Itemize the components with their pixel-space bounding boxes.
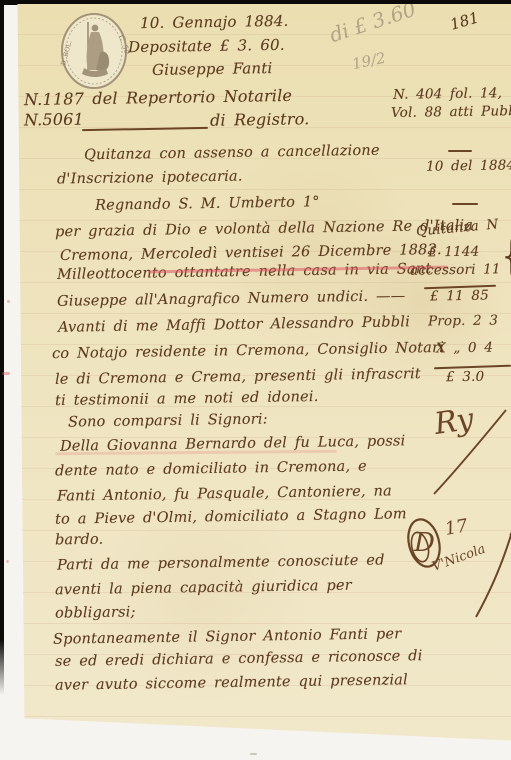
- margin-accessori: accessori 11: [410, 261, 501, 278]
- manuscript-line: Giuseppe all'Anagrafico Numero undici. —…: [57, 288, 406, 309]
- manuscript-line: Fanti Antonio, fu Pasquale, Cantoniere, …: [57, 483, 392, 504]
- pink-speck: [6, 560, 9, 563]
- deposit-date: 10. Gennajo 1884.: [140, 12, 289, 32]
- manuscript-line: d'Inscrizione ipotecaria.: [57, 169, 243, 188]
- pencil-fraction-note: 19/2: [350, 49, 387, 74]
- repertorio-line: N.1187 del Repertorio Notarile: [24, 86, 292, 109]
- manuscript-line: bardo.: [55, 532, 104, 549]
- notary-paraph-icon: Ry: [418, 402, 511, 497]
- svg-text:D: D: [413, 528, 435, 558]
- manuscript-line: se ed eredi dichiara e confessa e ricono…: [55, 648, 423, 670]
- manuscript-line: obbligarsi;: [55, 604, 136, 621]
- manuscript-line: co Notajo residente in Cremona, Consigli…: [52, 340, 444, 362]
- svg-text:17: 17: [443, 515, 470, 540]
- dash-mark: [452, 203, 478, 205]
- manuscript-line: per grazia di Dio e volontà della Nazion…: [55, 218, 473, 241]
- registro-number: N.5061: [24, 110, 84, 130]
- registro-label: di Registro.: [210, 109, 310, 130]
- filing-note-line2: Vol. 88 atti Pubbl.: [391, 103, 511, 121]
- scan-edge-left: [0, 0, 4, 695]
- manuscript-line: Avanti di me Maffi Dottor Alessandro Pub…: [58, 314, 410, 336]
- margin-subtotal: £ 11 85: [430, 288, 489, 305]
- registrar-visto-icon: D 17 V'Nicola: [400, 505, 511, 620]
- margin-total: £ 3.0: [446, 369, 485, 386]
- manuscript-line: Sono comparsi li Signori:: [68, 411, 268, 430]
- manuscript-line: ti testimonii a me noti ed idonei.: [55, 389, 319, 409]
- manuscript-line: Parti da me personalmente conosciute ed: [57, 552, 385, 573]
- manuscript-line: Milleottocento ottantatre nella casa in …: [57, 261, 432, 283]
- page-number: 181: [448, 8, 481, 33]
- pink-speck: [7, 300, 10, 303]
- red-edge-mark: [2, 372, 10, 375]
- manuscript-line: Spontaneamente il Signor Antonio Fanti p…: [53, 626, 402, 647]
- brace-mark: {: [501, 232, 511, 278]
- margin-date-ref: 10 del 1884: [426, 157, 511, 174]
- manuscript-line: aventi la piena capacità giuridica per: [55, 578, 352, 599]
- margin-prop: Prop. 2 3: [428, 312, 498, 329]
- manuscript-line: to a Pieve d'Olmi, domiciliato a Stagno …: [55, 506, 407, 528]
- manuscript-line: aver avuto siccome realmente qui presenz…: [55, 672, 408, 694]
- gray-speck: [250, 753, 257, 755]
- manuscript-line: Cremona, Mercoledì ventisei 26 Dicembre …: [60, 242, 442, 264]
- margin-amount: £ 1144: [428, 244, 480, 261]
- svg-text:Ry: Ry: [431, 402, 477, 442]
- revenue-stamp-icon: C. 50. D. BOL.: [58, 10, 130, 92]
- deposit-amount: Depositate £ 3. 60.: [128, 36, 285, 56]
- scanned-manuscript-page: C. 50. D. BOL. 10. Gennajo 1884. Deposit…: [0, 0, 511, 760]
- filing-note-line1: N. 404 fol. 14,: [393, 85, 502, 103]
- manuscript-line: dente nato e domiciliato in Cremona, e: [55, 459, 367, 480]
- manuscript-line: le di Cremona e Crema, presenti gli infr…: [55, 366, 421, 388]
- registro-dash: [82, 127, 208, 131]
- deposit-signature: Giuseppe Fanti: [152, 59, 273, 79]
- manuscript-line: Quitanza con assenso a cancellazione: [84, 143, 380, 164]
- manuscript-line: Regnando S. M. Umberto 1°: [95, 194, 320, 214]
- pencil-note: di £ 3.60: [326, 0, 418, 47]
- margin-x-row: X „ 0 4: [436, 340, 493, 357]
- dash-mark: [448, 150, 472, 152]
- paper-sheet: C. 50. D. BOL. 10. Gennajo 1884. Deposit…: [13, 4, 511, 745]
